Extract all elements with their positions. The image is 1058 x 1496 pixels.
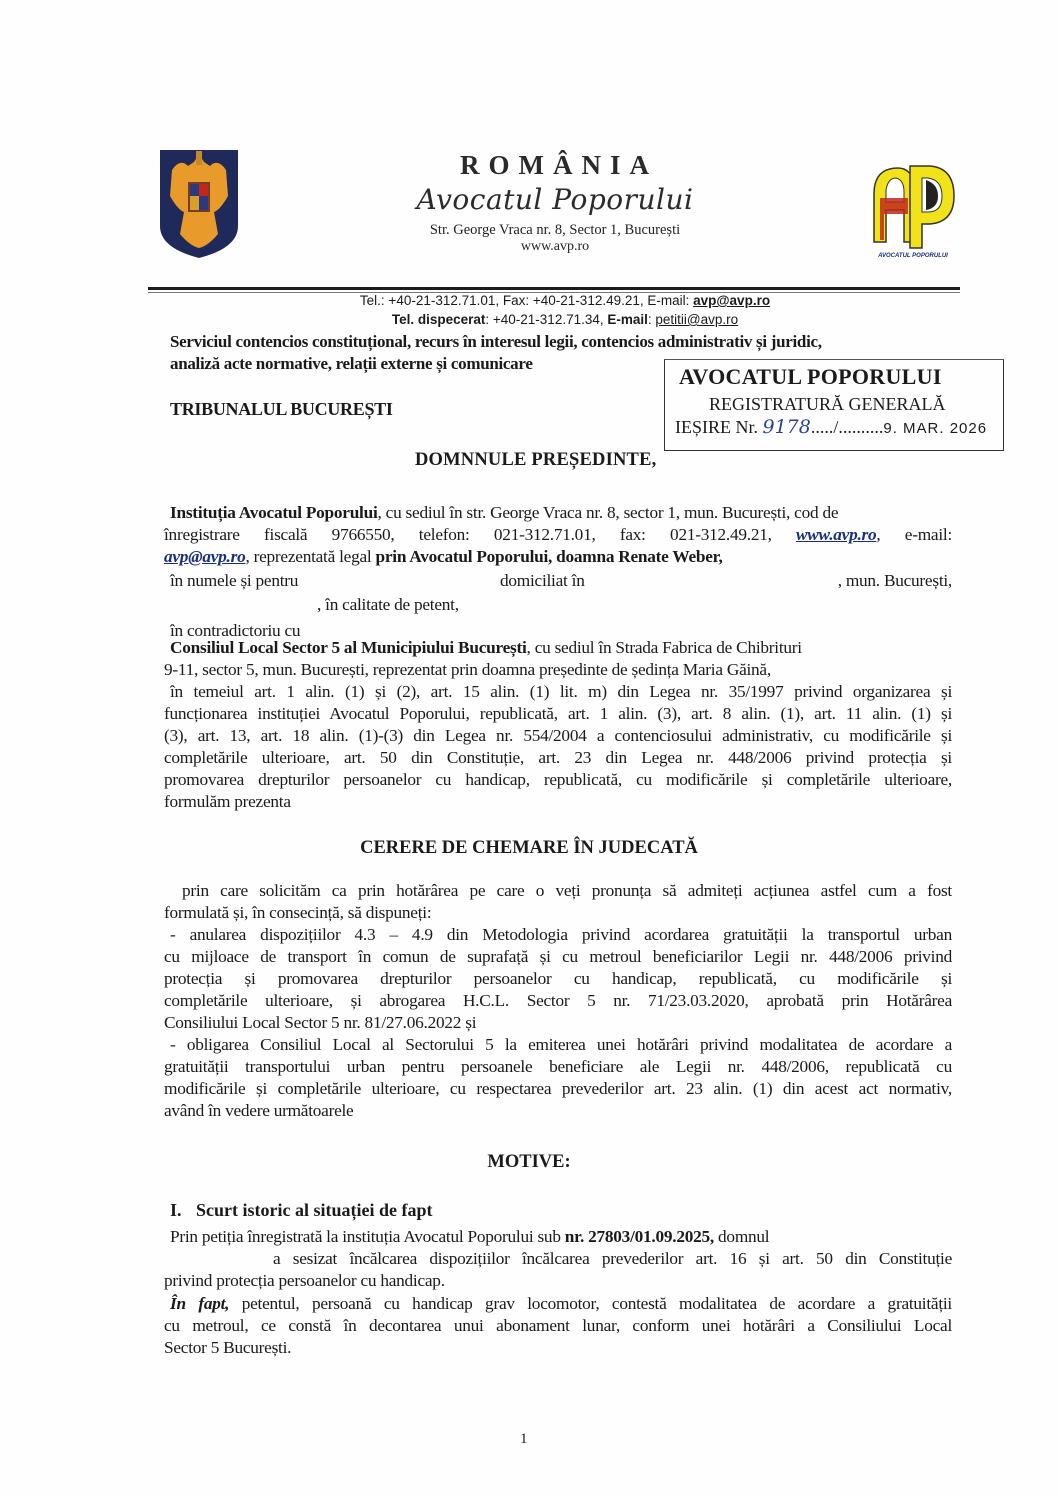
intro-text-1: , cu sediul în str. George Vraca nr. 8, … [378,503,839,522]
dispatch-label: Tel. dispecerat [392,312,486,327]
petition-text-end: domnul [714,1227,769,1246]
petition-line-3: privind protecția persoanelor cu handica… [164,1270,952,1292]
intro-text-3: , reprezentată legal [245,547,375,566]
defendant-name: Consiliul Local Sector 5 al Municipiului… [170,638,527,657]
legal-basis-line: promovarea drepturilor persoanelor cu ha… [164,769,952,791]
request-line: completările ulterioare, și abrogarea H.… [164,990,952,1012]
dispatch-phone: : +40-21-312.71.34, [485,312,607,327]
stamp-subtitle: REGISTRATURĂ GENERALĂ [709,394,946,415]
request-line: având în vedere următoarele [164,1100,952,1122]
request-line: - obligarea Consiliul Local al Sectorulu… [170,1034,952,1056]
legal-basis-line: în temeiul art. 1 alin. (1) și (2), art.… [170,681,952,703]
petition-number: nr. 27803/01.09.2025, [565,1227,714,1246]
facts-line-1: petentul, persoană cu handicap grav loco… [229,1294,952,1313]
request-paragraph: prin care solicităm ca prin hotărârea pe… [170,880,952,1122]
country-name: ROMÂNIA [388,150,730,181]
in-fact-label: În fapt, [170,1294,229,1313]
request-line: prin care solicităm ca prin hotărârea pe… [170,880,952,902]
legal-basis-line: (3), art. 13, art. 18 alin. (1)-(3) din … [164,725,952,747]
intro-paragraph: Instituția Avocatul Poporului, cu sediul… [170,502,952,642]
coat-of-arms-icon [158,148,240,260]
petitioner-role: , în calitate de petent, [170,594,952,616]
petitions-email-link[interactable]: petitii@avp.ro [655,312,738,327]
defendant-address-2: 9-11, sector 5, mun. București, reprezen… [164,659,952,681]
section-number: I. [170,1200,196,1221]
institution-address: Str. George Vraca nr. 8, Sector 1, Bucur… [380,222,730,239]
facts-line-3: Sector 5 București. [164,1337,952,1359]
section-title: Scurt istoric al situației de fapt [196,1200,432,1220]
section-heading: I.Scurt istoric al situației de fapt [170,1200,432,1221]
letterhead: ROMÂNIA Avocatul Poporului Str. George V… [380,150,730,255]
stamp-title: AVOCATUL POPORULUI [679,364,942,390]
contact-line-1: Tel.: +40-21-312.71.01, Fax: +40-21-312.… [160,293,970,308]
contact-line-2: Tel. dispecerat: +40-21-312.71.34, E-mai… [160,312,970,327]
representative: prin Avocatul Poporului, doamna Renate W… [376,547,723,566]
legal-basis-paragraph: în temeiul art. 1 alin. (1) și (2), art.… [170,681,952,813]
institution-website[interactable]: www.avp.ro [380,239,730,255]
domicile-city: , mun. București, [838,570,952,592]
defendant-paragraph: Consiliul Local Sector 5 al Municipiului… [170,637,952,681]
facts-line-2: cu metroul, ce constă în decontarea unui… [164,1315,952,1337]
request-line: gratuității transportului urban pentru p… [164,1056,952,1078]
defendant-address-1: , cu sediul în Strada Fabrica de Chibrit… [527,638,802,657]
domicile-label: domiciliat în [500,570,585,592]
on-behalf-label: în numele și pentru [170,570,298,592]
contact-phone-fax: Tel.: +40-21-312.71.01, Fax: +40-21-312.… [360,293,693,308]
stamp-date: 9. MAR. 2026 [883,420,987,437]
request-line: formulată și, în consecință, să dispuneț… [164,902,952,924]
salutation: DOMNNULE PREȘEDINTE, [415,450,656,471]
request-line: - anularea dispozițiilor 4.3 – 4.9 din M… [170,924,952,946]
avocatul-poporului-logo-icon: AVOCATUL POPORULUI [864,158,960,262]
petition-line-2: a sesizat încălcarea dispozițiilor încăl… [170,1248,952,1270]
page-number: 1 [520,1431,528,1448]
request-line: Consiliului Local Sector 5 nr. 81/27.06.… [164,1012,952,1034]
institution-name: Avocatul Poporului [380,183,730,216]
request-line: cu mijloace de transport în comun de sup… [164,946,952,968]
section1-paragraph: Prin petiția înregistrată la instituția … [170,1226,952,1359]
request-line: protecția și promovarea drepturilor pers… [164,968,952,990]
motives-heading: MOTIVE: [0,1152,1058,1173]
website-link[interactable]: www.avp.ro [796,525,876,544]
svg-text:AVOCATUL POPORULUI: AVOCATUL POPORULUI [877,253,948,259]
stamp-exit-number: 9178 [763,416,811,438]
legal-basis-line: formulăm prezenta [164,791,952,813]
petitions-email-label: E-mail [607,312,648,327]
document-page: ROMÂNIA Avocatul Poporului Str. George V… [0,0,1058,1496]
stamp-exit-label: IEȘIRE Nr. [675,417,763,437]
department-line-1: Serviciul contencios constituțional, rec… [170,331,960,353]
intro-institution: Instituția Avocatul Poporului [170,503,378,522]
stamp-exit-line: IEȘIRE Nr. 9178...../..........9. MAR. 2… [675,416,987,438]
stamp-separator: ...../.......... [811,417,884,437]
request-line: modificările și completările ulterioare,… [164,1078,952,1100]
registry-stamp: AVOCATUL POPORULUI REGISTRATURĂ GENERALĂ… [664,359,1004,451]
document-title: CERERE DE CHEMARE ÎN JUDECATĂ [0,838,1058,859]
contact-email-link[interactable]: avp@avp.ro [693,293,770,308]
petition-text: Prin petiția înregistrată la instituția … [170,1227,565,1246]
legal-basis-line: funcționarea instituției Avocatul Poporu… [164,703,952,725]
legal-basis-line: completările ulterioare, art. 50 din Con… [164,747,952,769]
intro-text-2-end: , e-mail: [876,525,952,544]
intro-text-2: înregistrare fiscală 9766550, telefon: 0… [164,525,796,544]
header-divider [148,287,960,290]
email-link[interactable]: avp@avp.ro [164,547,245,566]
court-name: TRIBUNALUL BUCUREȘTI [170,399,393,420]
